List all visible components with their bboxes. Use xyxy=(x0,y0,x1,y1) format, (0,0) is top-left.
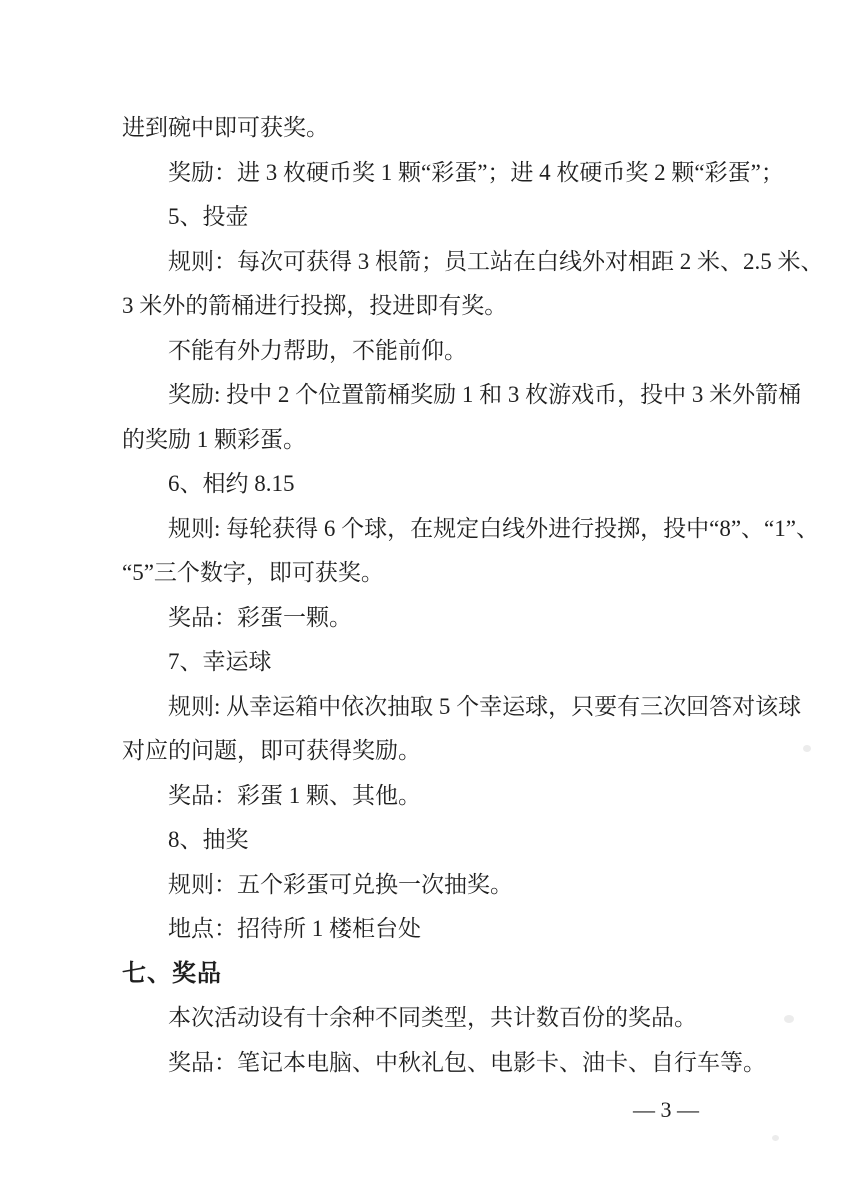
text-line: 本次活动设有十余种不同类型，共计数百份的奖品。 xyxy=(122,996,742,1041)
line-text: 规则: 每轮获得 6 个球，在规定白线外进行投掷，投中“8”、“1”、 xyxy=(168,516,819,541)
text-line: 奖品：彩蛋 1 颗、其他。 xyxy=(122,774,742,819)
text-line: 奖励：进 3 枚硬币奖 1 颗“彩蛋”；进 4 枚硬币奖 2 颗“彩蛋”； xyxy=(122,151,742,196)
line-text: 5、投壶 xyxy=(168,204,249,229)
text-line: 规则：五个彩蛋可兑换一次抽奖。 xyxy=(122,863,742,908)
scan-speckle xyxy=(784,1015,794,1023)
text-line: 5、投壶 xyxy=(122,195,742,240)
line-text: “5”三个数字，即可获奖。 xyxy=(122,560,384,585)
line-text: 规则：五个彩蛋可兑换一次抽奖。 xyxy=(168,872,513,897)
text-line: 3 米外的箭桶进行投掷，投进即有奖。 xyxy=(122,284,742,329)
line-text: 规则：每次可获得 3 根箭；员工站在白线外对相距 2 米、2.5 米、 xyxy=(168,249,824,274)
line-text: 对应的问题，即可获得奖励。 xyxy=(122,738,421,763)
text-line: 对应的问题，即可获得奖励。 xyxy=(122,729,742,774)
line-text: 进到碗中即可获奖。 xyxy=(122,115,329,140)
text-line: 七、奖品 xyxy=(122,952,742,997)
text-line: 奖励: 投中 2 个位置箭桶奖励 1 和 3 枚游戏币，投中 3 米外箭桶 xyxy=(122,373,742,418)
page-number: — 3 — xyxy=(633,1095,699,1125)
scan-speckle xyxy=(772,1135,779,1141)
line-text: 8、抽奖 xyxy=(168,827,249,852)
line-text: 奖品：笔记本电脑、中秋礼包、电影卡、油卡、自行车等。 xyxy=(168,1050,766,1075)
text-line: 8、抽奖 xyxy=(122,818,742,863)
line-text: 奖励：进 3 枚硬币奖 1 颗“彩蛋”；进 4 枚硬币奖 2 颗“彩蛋”； xyxy=(168,160,784,185)
text-line: “5”三个数字，即可获奖。 xyxy=(122,551,742,596)
text-line: 不能有外力帮助，不能前仰。 xyxy=(122,329,742,374)
line-text: 6、相约 8.15 xyxy=(168,471,295,496)
line-text: 规则: 从幸运箱中依次抽取 5 个幸运球，只要有三次回答对该球 xyxy=(168,694,801,719)
line-text: 的奖励 1 颗彩蛋。 xyxy=(122,427,306,452)
line-text: 奖品：彩蛋 1 颗、其他。 xyxy=(168,783,421,808)
line-text: 3 米外的箭桶进行投掷，投进即有奖。 xyxy=(122,293,507,318)
text-lines: 进到碗中即可获奖。 奖励：进 3 枚硬币奖 1 颗“彩蛋”；进 4 枚硬币奖 2… xyxy=(122,106,742,1085)
line-text: 奖品：彩蛋一颗。 xyxy=(168,605,352,630)
text-line: 规则：每次可获得 3 根箭；员工站在白线外对相距 2 米、2.5 米、 xyxy=(122,240,742,285)
text-line: 地点：招待所 1 楼柜台处 xyxy=(122,907,742,952)
text-line: 6、相约 8.15 xyxy=(122,462,742,507)
line-text: 本次活动设有十余种不同类型，共计数百份的奖品。 xyxy=(168,1005,697,1030)
text-line: 规则: 从幸运箱中依次抽取 5 个幸运球，只要有三次回答对该球 xyxy=(122,685,742,730)
line-text: 地点：招待所 1 楼柜台处 xyxy=(168,916,421,941)
line-text: 7、幸运球 xyxy=(168,649,272,674)
text-line: 规则: 每轮获得 6 个球，在规定白线外进行投掷，投中“8”、“1”、 xyxy=(122,507,742,552)
line-text: 七、奖品 xyxy=(122,960,222,987)
line-text: 奖励: 投中 2 个位置箭桶奖励 1 和 3 枚游戏币，投中 3 米外箭桶 xyxy=(168,382,801,407)
document-page: 进到碗中即可获奖。 奖励：进 3 枚硬币奖 1 颗“彩蛋”；进 4 枚硬币奖 2… xyxy=(0,0,849,1200)
text-line: 的奖励 1 颗彩蛋。 xyxy=(122,418,742,463)
line-text: 不能有外力帮助，不能前仰。 xyxy=(168,338,467,363)
text-line: 奖品：彩蛋一颗。 xyxy=(122,596,742,641)
text-line: 进到碗中即可获奖。 xyxy=(122,106,742,151)
text-line: 7、幸运球 xyxy=(122,640,742,685)
scan-speckle xyxy=(803,745,811,752)
text-line: 奖品：笔记本电脑、中秋礼包、电影卡、油卡、自行车等。 xyxy=(122,1041,742,1086)
